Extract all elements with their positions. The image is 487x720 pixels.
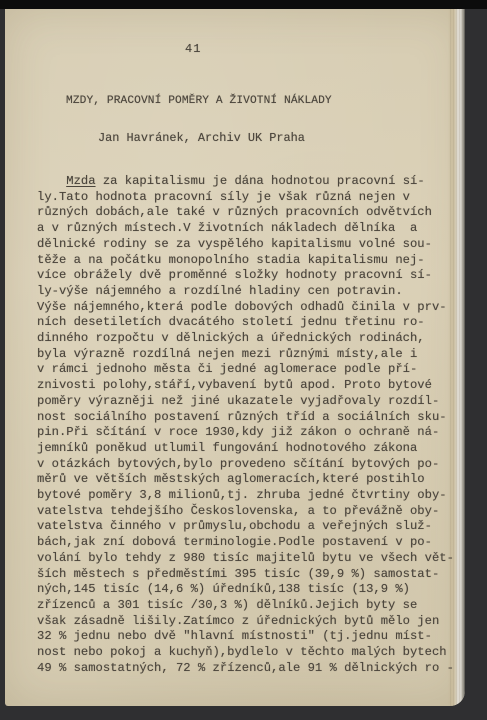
page-number: 41 xyxy=(185,42,201,56)
body-line: pin.Při sčítání v roce 1930,kdy již záko… xyxy=(37,425,463,441)
scanned-document-photo: 41 MZDY, PRACOVNÍ POMĚRY A ŽIVOTNÍ NÁKLA… xyxy=(0,0,487,720)
body-line: měrů ve větších městských aglomeracích,k… xyxy=(37,472,463,488)
document-page: 41 MZDY, PRACOVNÍ POMĚRY A ŽIVOTNÍ NÁKLA… xyxy=(5,9,465,706)
body-line: ších městech s předměstími 395 tisíc (39… xyxy=(37,567,463,583)
body-line: bách,jak zní dobová terminologie.Podle p… xyxy=(37,535,463,551)
body-line: 32 % jednu nebo dvě "hlavní místnosti" (… xyxy=(37,629,463,645)
body-line: více obrážely dvě proměnné složky hodnot… xyxy=(37,268,463,284)
body-text: Mzda za kapitalismu je dána hodnotou pra… xyxy=(37,174,463,677)
document-title: MZDY, PRACOVNÍ POMĚRY A ŽIVOTNÍ NÁKLADY xyxy=(66,95,332,107)
body-line: dělnické rodiny se za vyspělého kapitali… xyxy=(37,237,463,253)
body-line: ly-výše nájemného a rozdílné hladiny cen… xyxy=(37,284,463,300)
body-line: poměry výrazněji než jiné ukazatele vyja… xyxy=(37,394,463,410)
body-line: v rámci jednoho města či jedné aglomerac… xyxy=(37,362,463,378)
body-line: ly.Tato hodnota pracovní síly je však rů… xyxy=(37,190,463,206)
body-line: různých dobách,ale také v různých pracov… xyxy=(37,205,463,221)
body-line: v otázkách bytových,bylo provedeno sčítá… xyxy=(37,457,463,473)
body-line: dinného rozpočtu v dělnických a úřednick… xyxy=(37,331,463,347)
body-line: a v různých místech.V životních nákladec… xyxy=(37,221,463,237)
author-line: Jan Havránek, Archiv UK Praha xyxy=(98,131,305,145)
body-line: vatelstva tehdejšího Československa, a t… xyxy=(37,504,463,520)
body-line: 49 % samostatných, 72 % zřízenců,ale 91 … xyxy=(37,661,463,677)
body-line: znivosti polohy,stáří,vybavení bytů apod… xyxy=(37,378,463,394)
body-line: jemníků poněkud utlumil fungování hodnot… xyxy=(37,441,463,457)
body-line: byla výrazně rozdílná nejen mezi různými… xyxy=(37,347,463,363)
body-line: vatelstva činného v průmyslu,obchodu a v… xyxy=(37,519,463,535)
body-line: nost nebo pokoj a kuchyň),bydlelo v těch… xyxy=(37,645,463,661)
body-line: Výše nájemného,která podle dobových odha… xyxy=(37,300,463,316)
photo-top-edge xyxy=(0,0,487,9)
body-line: ních desetiletích dvacátého století jedn… xyxy=(37,315,463,331)
underlined-word: Mzda xyxy=(66,174,95,188)
body-line: nost sociálního postavení různých tříd a… xyxy=(37,410,463,426)
body-line: zřízenců a 301 tisíc /30,3 %) dělníků.Je… xyxy=(37,598,463,614)
body-line: Mzda za kapitalismu je dána hodnotou pra… xyxy=(37,174,463,190)
body-line: ných,145 tisíc (14,6 %) úředníků,138 tis… xyxy=(37,582,463,598)
body-line: volání bylo tehdy z 980 tisíc majitelů b… xyxy=(37,551,463,567)
body-line: těže a na počátku monopolního stadia kap… xyxy=(37,253,463,269)
body-line: však zásadně lišily.Zatímco z úřednickýc… xyxy=(37,614,463,630)
body-line: bytové poměry 3,8 milionů,tj. zhruba jed… xyxy=(37,488,463,504)
